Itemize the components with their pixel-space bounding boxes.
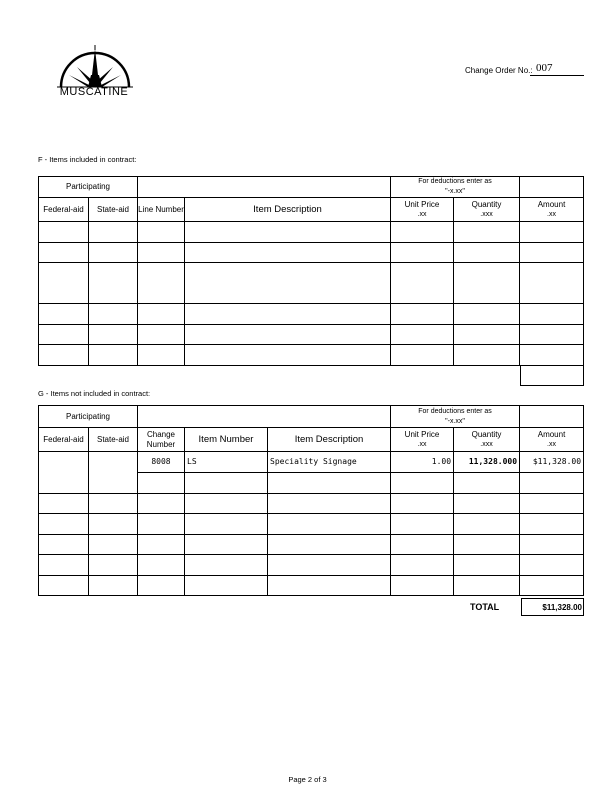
cell-amount[interactable] (520, 534, 584, 555)
cell-state-aid[interactable] (89, 263, 138, 304)
cell-change-number[interactable] (138, 534, 185, 555)
cell-item-description[interactable] (185, 263, 391, 304)
cell-state-aid[interactable] (89, 345, 138, 366)
cell-amount[interactable]: $11,328.00 (520, 452, 584, 473)
cell-unit-price[interactable] (391, 324, 454, 345)
cell-state-aid[interactable] (89, 222, 138, 243)
change-order-label: Change Order No.: (465, 66, 533, 75)
cell-item-number[interactable] (185, 473, 268, 494)
table-row (39, 534, 584, 555)
cell-unit-price[interactable] (391, 534, 454, 555)
table-row (39, 345, 584, 366)
cell-amount[interactable] (520, 473, 584, 494)
cell-quantity[interactable] (454, 324, 520, 345)
cell-federal-aid[interactable] (39, 514, 89, 535)
cell-quantity[interactable] (454, 514, 520, 535)
unit-price-header: Unit Price.xx (391, 428, 454, 452)
cell-state-aid[interactable] (89, 242, 138, 263)
line-number-header: Line Number (138, 198, 185, 222)
cell-unit-price[interactable]: 1.00 (391, 452, 454, 473)
cell-federal-aid[interactable] (39, 534, 89, 555)
cell-federal-aid[interactable] (39, 242, 89, 263)
participating-header: Participating (39, 406, 138, 428)
cell-amount[interactable] (520, 345, 584, 366)
table-row (39, 222, 584, 243)
cell-unit-price[interactable] (391, 304, 454, 325)
cell-item-number[interactable] (185, 575, 268, 596)
item-description-header: Item Description (185, 198, 391, 222)
cell-unit-price[interactable] (391, 575, 454, 596)
cell-state-aid[interactable] (89, 324, 138, 345)
cell-amount[interactable] (520, 493, 584, 514)
section-g-table: Participating For deductions enter as "-… (38, 405, 584, 596)
table-row (39, 263, 584, 304)
cell-item-description[interactable] (268, 575, 391, 596)
cell-state-aid[interactable] (89, 304, 138, 325)
section-f-table: Participating For deductions enter as "-… (38, 176, 584, 366)
cell-item-description[interactable] (268, 493, 391, 514)
table-row (39, 242, 584, 263)
cell-change-number[interactable] (138, 514, 185, 535)
section-g-title: G - Items not included in contract: (38, 389, 150, 398)
deductions-note: For deductions enter as "-x.xx" (391, 177, 520, 198)
cell-federal-aid[interactable] (39, 345, 89, 366)
cell-state-aid[interactable] (89, 452, 138, 494)
cell-state-aid[interactable] (89, 534, 138, 555)
cell-federal-aid[interactable] (39, 575, 89, 596)
cell-line-number[interactable] (138, 222, 185, 243)
participating-header: Participating (39, 177, 138, 198)
cell-unit-price[interactable] (391, 555, 454, 576)
cell-amount[interactable] (520, 304, 584, 325)
cell-quantity[interactable] (454, 304, 520, 325)
unit-price-header: Unit Price.xx (391, 198, 454, 222)
cell-federal-aid[interactable] (39, 222, 89, 243)
cell-amount[interactable] (520, 555, 584, 576)
cell-item-description[interactable] (185, 242, 391, 263)
page-number: Page 2 of 3 (0, 775, 615, 784)
cell-item-description[interactable] (268, 473, 391, 494)
cell-item-description[interactable] (185, 324, 391, 345)
cell-quantity[interactable] (454, 534, 520, 555)
cell-federal-aid[interactable] (39, 263, 89, 304)
cell-item-description[interactable] (268, 514, 391, 535)
cell-item-description[interactable] (268, 534, 391, 555)
cell-quantity[interactable] (454, 222, 520, 243)
section-f-extra-box (520, 365, 584, 386)
section-f-title: F - Items included in contract: (38, 155, 136, 164)
amount-blank-header (520, 406, 584, 428)
cell-item-number[interactable] (185, 493, 268, 514)
table-row: 8008LSSpeciality Signage1.0011,328.000$1… (39, 452, 584, 473)
cell-state-aid[interactable] (89, 555, 138, 576)
federal-aid-header: Federal-aid (39, 198, 89, 222)
cell-amount[interactable] (520, 242, 584, 263)
cell-federal-aid[interactable] (39, 304, 89, 325)
cell-line-number[interactable] (138, 304, 185, 325)
blank-header (138, 406, 391, 428)
cell-item-number[interactable] (185, 514, 268, 535)
cell-quantity[interactable] (454, 493, 520, 514)
item-number-header: Item Number (185, 428, 268, 452)
blank-header (138, 177, 391, 198)
cell-item-description[interactable]: Speciality Signage (268, 452, 391, 473)
cell-quantity[interactable] (454, 242, 520, 263)
cell-item-description[interactable] (185, 345, 391, 366)
table-row (39, 555, 584, 576)
total-value: $11,328.00 (521, 598, 584, 616)
cell-change-number[interactable] (138, 575, 185, 596)
cell-unit-price[interactable] (391, 263, 454, 304)
cell-federal-aid[interactable] (39, 493, 89, 514)
cell-item-description[interactable] (185, 304, 391, 325)
cell-unit-price[interactable] (391, 345, 454, 366)
cell-quantity[interactable] (454, 345, 520, 366)
cell-unit-price[interactable] (391, 493, 454, 514)
item-description-header: Item Description (268, 428, 391, 452)
cell-line-number[interactable] (138, 242, 185, 263)
cell-item-number[interactable]: LS (185, 452, 268, 473)
cell-federal-aid[interactable] (39, 452, 89, 494)
table-row (39, 304, 584, 325)
cell-quantity[interactable] (454, 555, 520, 576)
cell-quantity[interactable]: 11,328.000 (454, 452, 520, 473)
cell-item-description[interactable] (185, 222, 391, 243)
cell-item-number[interactable] (185, 534, 268, 555)
state-aid-header: State-aid (89, 198, 138, 222)
cell-line-number[interactable] (138, 345, 185, 366)
state-aid-header: State-aid (89, 428, 138, 452)
amount-header: Amount.xx (520, 428, 584, 452)
cell-federal-aid[interactable] (39, 555, 89, 576)
cell-state-aid[interactable] (89, 514, 138, 535)
federal-aid-header: Federal-aid (39, 428, 89, 452)
amount-header: Amount.xx (520, 198, 584, 222)
table-row (39, 575, 584, 596)
cell-line-number[interactable] (138, 324, 185, 345)
cell-line-number[interactable] (138, 263, 185, 304)
deductions-note: For deductions enter as "-x.xx" (391, 406, 520, 428)
table-row (39, 493, 584, 514)
amount-blank-header (520, 177, 584, 198)
cell-change-number[interactable] (138, 473, 185, 494)
cell-quantity[interactable] (454, 263, 520, 304)
cell-unit-price[interactable] (391, 514, 454, 535)
quantity-header: Quantity.xxx (454, 198, 520, 222)
quantity-header: Quantity.xxx (454, 428, 520, 452)
cell-unit-price[interactable] (391, 242, 454, 263)
cell-quantity[interactable] (454, 473, 520, 494)
cell-amount[interactable] (520, 263, 584, 304)
cell-amount[interactable] (520, 514, 584, 535)
table-row (39, 514, 584, 535)
cell-unit-price[interactable] (391, 222, 454, 243)
total-label: TOTAL (470, 602, 499, 612)
cell-change-number[interactable] (138, 493, 185, 514)
cell-amount[interactable] (520, 324, 584, 345)
cell-amount[interactable] (520, 222, 584, 243)
cell-unit-price[interactable] (391, 473, 454, 494)
cell-state-aid[interactable] (89, 575, 138, 596)
cell-item-description[interactable] (268, 555, 391, 576)
change-order-number: 007 (530, 62, 584, 76)
logo-text: MUSCATINE (57, 86, 131, 98)
cell-item-number[interactable] (185, 555, 268, 576)
cell-change-number[interactable] (138, 555, 185, 576)
cell-amount[interactable] (520, 575, 584, 596)
cell-change-number[interactable]: 8008 (138, 452, 185, 473)
cell-state-aid[interactable] (89, 493, 138, 514)
cell-quantity[interactable] (454, 575, 520, 596)
change-number-header: Change Number (138, 428, 185, 452)
table-row (39, 324, 584, 345)
cell-federal-aid[interactable] (39, 324, 89, 345)
